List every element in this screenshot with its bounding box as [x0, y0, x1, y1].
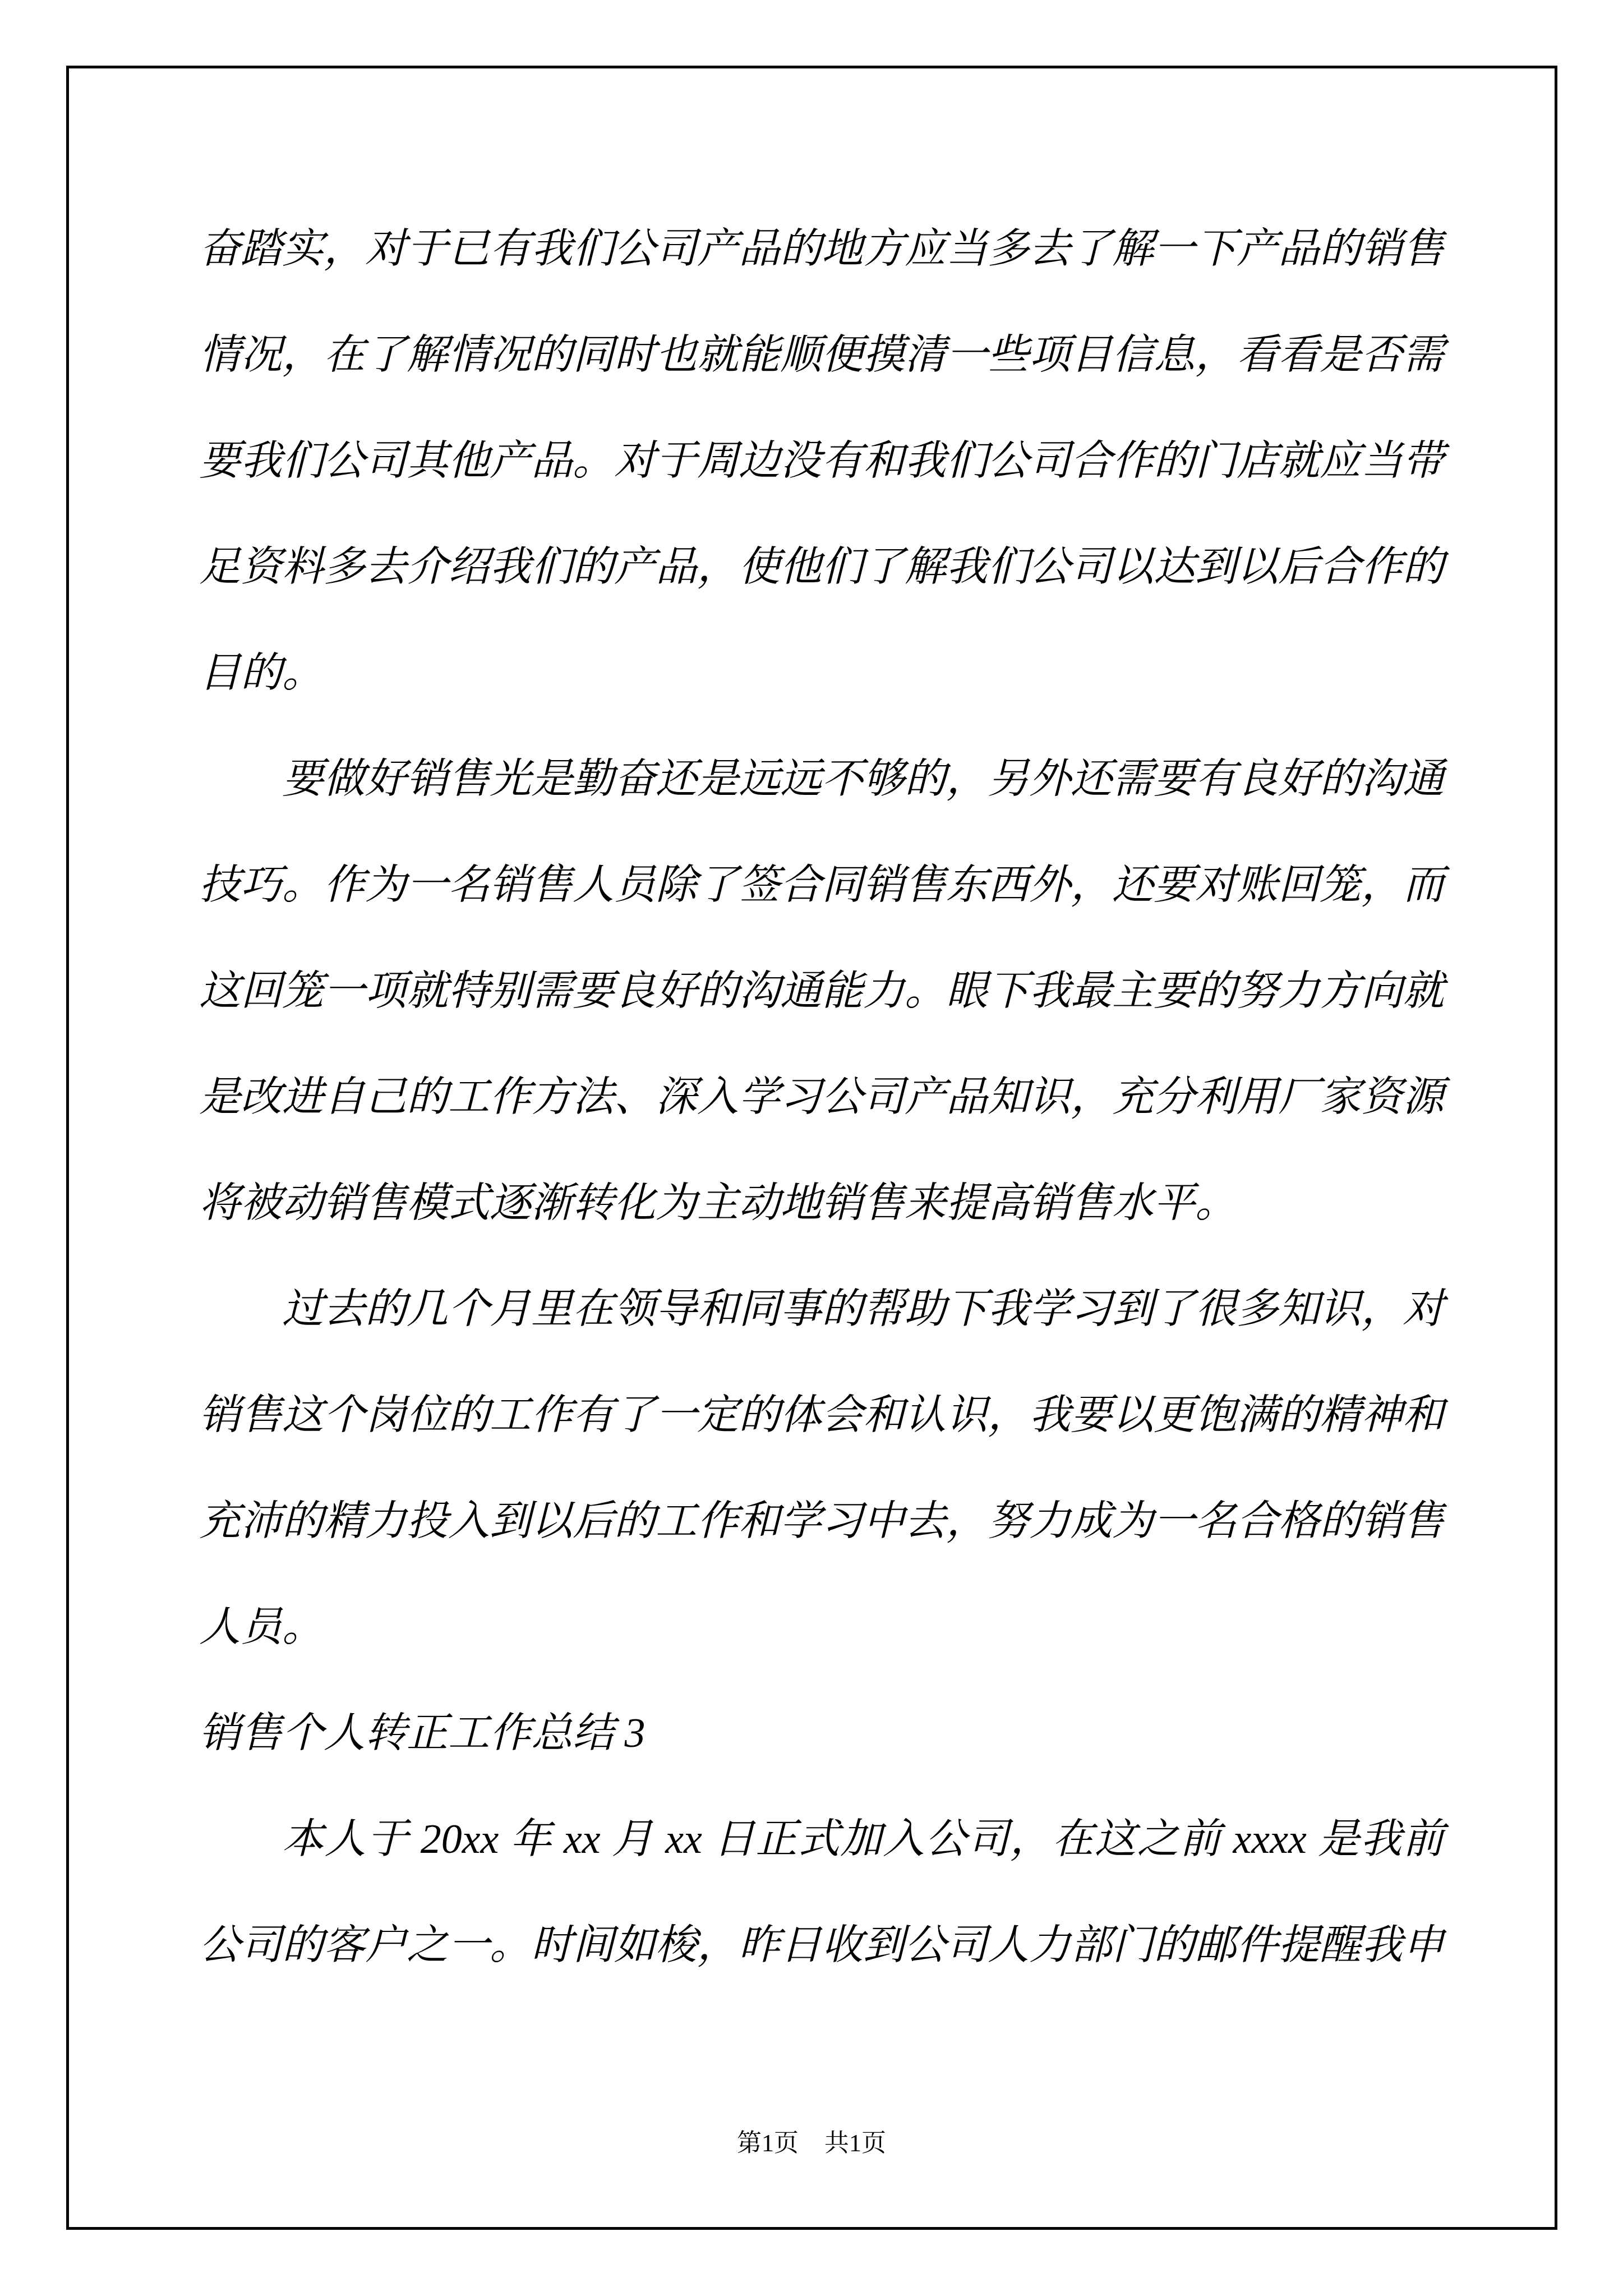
paragraph: 奋踏实，对于已有我们公司产品的地方应当多去了解一下产品的销售情况，在了解情况的同… [199, 196, 1444, 726]
paragraph: 本人于 20xx 年 xx 月 xx 日正式加入公司，在这之前 xxxx 是我前… [199, 1787, 1444, 1999]
paragraph: 过去的几个月里在领导和同事的帮助下我学习到了很多知识，对销售这个岗位的工作有了一… [199, 1257, 1444, 1681]
total-pages-label: 共1页 [824, 2129, 886, 2157]
page-border-frame: 奋踏实，对于已有我们公司产品的地方应当多去了解一下产品的销售情况，在了解情况的同… [66, 66, 1557, 2230]
page-number-label: 第1页 [737, 2129, 799, 2157]
document-body: 奋踏实，对于已有我们公司产品的地方应当多去了解一下产品的销售情况，在了解情况的同… [199, 196, 1444, 1999]
paragraph: 要做好销售光是勤奋还是远远不够的，另外还需要有良好的沟通技巧。作为一名销售人员除… [199, 726, 1444, 1257]
section-heading: 销售个人转正工作总结 3 [199, 1681, 1444, 1787]
document-page: { "document": { "paragraphs": [ { "role"… [0, 0, 1623, 2296]
page-footer: 第1页共1页 [0, 2129, 1623, 2158]
